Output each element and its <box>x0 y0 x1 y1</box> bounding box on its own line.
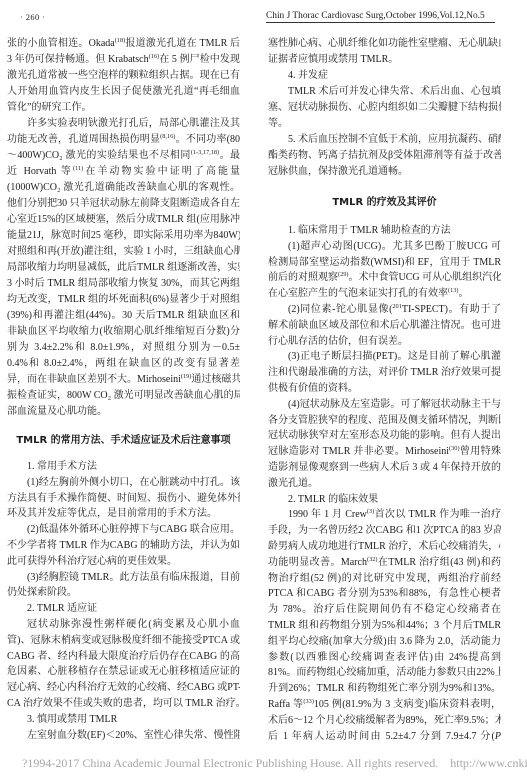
subheading: 1. 临床常用于 TMLR 辅助检查的方法 <box>268 223 501 239</box>
text-line: 供极有价值的资料。 <box>268 381 501 397</box>
text-line: PTCA 和CABG 者分别为53%和88%，有急性心梗者 <box>268 586 501 602</box>
text-line: 激光孔道常被一些空泡样的颗粒组织占据。现在已有 <box>7 68 240 84</box>
text-line: 非缺血区平均收缩力(收缩期心肌纤维缩短百分数)分 <box>7 324 240 340</box>
text-segment: ～400W)CO₂ 激光的实验结果也不尽相同 <box>7 150 191 161</box>
text-line: 部血流量及心肌功能。 <box>7 404 240 420</box>
text-segment: 在 5 例尸检中发现 <box>159 54 240 65</box>
text-line: ～400W)CO₂ 激光的实验结果也不尽相同(1-3,17,18)。最 <box>7 148 240 164</box>
text-line: CABG 者、经内科最大限度治疗后仍存在CABG 的高 <box>7 649 240 665</box>
text-segment: 首次以 TMLR 作为唯一治疗 <box>374 509 501 520</box>
paragraph-start-line: (4)冠状动脉及左室造影。可了解冠状动脉主干与 <box>268 397 501 413</box>
text-line: 升到26%；TMLR 和药物组死亡率分别为9%和13%。 <box>268 681 501 697</box>
text-line: 方法具有手术操作简便、时间短、损伤小、避免体外循 <box>7 491 240 507</box>
left-column-body: 张的小血管相连。Okada(18)报道激光孔道在 TMLR 后 3 年仍可保持畅… <box>7 36 240 420</box>
text-segment: 近 Horvath 等 <box>7 166 73 177</box>
isotope-superscript: 201 <box>392 303 401 310</box>
text-line: 造影剂显像观察到一些病人术后 3 或 4 年保持开放的 <box>268 460 501 476</box>
text-line: 龄男病人成功地进行TMLR 治疗，术后心绞痛消失，心 <box>268 539 501 555</box>
text-line: 振检查证实，800W CO₂ 激光可明显改善缺血心肌的局 <box>7 388 240 404</box>
text-line: 近 Horvath 等(11)在羊动物实验中证明了高能量 <box>7 164 240 180</box>
text-segment: 。不同功率(80 <box>175 134 240 145</box>
text-line: 仍处探索阶段。 <box>7 585 240 601</box>
text-segment: 在羊动物实验中证明了高能量 <box>83 166 240 177</box>
text-line: 3 年仍可保持畅通。但 Krabatsch(16)在 5 例尸检中发现 <box>7 52 240 68</box>
text-segment: (2)同位素-铊心肌显像( <box>288 304 392 315</box>
paragraph-start-line: TMLR 术后可并发心律失常、术后出血、心包填 <box>268 84 501 100</box>
paragraph-start-line: (3)正电子断层扫描(PET)。这是目前了解心肌灌 <box>268 349 501 365</box>
section-heading-methods: TMLR 的常用方法、手术适应证及术后注意事项 <box>7 433 240 449</box>
subheading: 4. 并发症 <box>268 68 501 84</box>
text-segment: 曾用特殊 <box>460 446 501 457</box>
text-line: 3 小时后 TMLR 组局部收缩力恢复 30%，而其它两组 <box>7 276 240 292</box>
text-line: 解术前缺血区域及部位和术后心肌灌注情况。也可进 <box>268 318 501 334</box>
text-line: 物治疗组(52 例)的对比研究中发现，两组治疗前经 <box>268 571 501 587</box>
paragraph-start-line: 冠状动脉弥漫性粥样硬化(病变累及心肌小血 <box>7 617 240 633</box>
text-line: 在心室腔产生的气泡来证实打孔的有效率(13)。 <box>268 286 501 302</box>
text-line: 冠状动脉狭窄对左室形态及功能的影响。但有人提出 <box>268 428 501 444</box>
text-segment: 105 例(81.9%为 3 支病变)临床资料表明， <box>314 699 501 710</box>
text-line: 环及其并发症等优点，是目前常用的手术方法。 <box>7 506 240 522</box>
text-line: TMLR 组和药物组分别为5%和44%；3 个月后TMLR <box>268 618 501 634</box>
text-line: 异，而在非缺血区差别不大。Mirhoseini(19)通过核磁共 <box>7 372 240 388</box>
citation-superscript: (8,16) <box>160 133 175 140</box>
subheading: 3. 慎用或禁用 TMLR <box>7 712 240 728</box>
citation-superscript: (11) <box>73 165 83 172</box>
subheading: 2. TMLR 的临床效果 <box>268 492 501 508</box>
text-segment: 。最 <box>219 150 240 161</box>
citation-superscript: (16) <box>149 53 160 60</box>
text-segment: 张的小血管相连。Okada <box>7 38 115 49</box>
citation-superscript: (32) <box>367 556 378 563</box>
text-segment: TI-SPECT)。有助于了 <box>402 304 501 315</box>
text-line: Raffa 等(33)105 例(81.9%为 3 支病变)临床资料表明， <box>268 697 501 713</box>
citation-superscript: (13) <box>448 287 459 294</box>
text-line: 局部收缩力均明显减低，此后TMLR 组逐渐改善，实验 <box>7 260 240 276</box>
paragraph-start-line: (1)超声心动图(UCG)。尤其多巴酚丁胺UCG 可 <box>268 239 501 255</box>
text-line: 激光孔道。 <box>268 476 501 492</box>
left-column-body-methods: 1. 常用手术方法 (1)经左胸前外侧小切口，在心脏跳动中打孔。该 方法具有手术… <box>7 459 240 743</box>
cnki-url[interactable]: http://www.cnki. <box>450 756 527 770</box>
citation-superscript: (18) <box>115 37 126 44</box>
text-line: 此可获得外科治疗冠心病的更佳效果。 <box>7 554 240 570</box>
text-line: 等。 <box>268 116 501 132</box>
paragraph-start-line: 1990 年 1 月 Crew(3)首次以 TMLR 作为唯一治疗 <box>268 507 501 523</box>
text-line: 为 78%。治疗后住院期间仍有不稳定心绞痛者在 <box>268 602 501 618</box>
text-line: 注和代谢最准确的方法，对评价 TMLR 治疗效果可提 <box>268 365 501 381</box>
text-segment: 功能明显改善。March <box>268 557 367 568</box>
text-line: 检测局部室壁运动指数(WMSI)和 EF，宜用于 TMLR <box>268 255 501 271</box>
text-segment: 前后的对照观察 <box>268 272 338 283</box>
right-column-body: 塞性肺心病、心肌纤维化如功能性室壁瘤、无心肌缺血 证据者应慎用或禁用 TMLR。… <box>268 36 501 180</box>
paper-page: · 260 · Chin J Thorac Cardiovasc Surg,Oc… <box>0 0 527 783</box>
italic-p-symbol: P <box>495 731 501 742</box>
text-segment: 冠脉造影对 TMLR 并非必要。Mirhoseini <box>268 446 449 457</box>
right-column-body-efficacy: 1. 临床常用于 TMLR 辅助检查的方法 (1)超声心动图(UCG)。尤其多巴… <box>268 223 501 744</box>
text-segment: 3 年仍可保持畅通。但 Krabatsch <box>7 54 149 65</box>
text-line: 后 1 年病人运动时间由 5.2±4.7 分到 7.9±4.7 分(P <box>268 729 501 745</box>
paragraph-start-line: 5. 术后血压控制不宜低于术前，应用抗凝药、硝酸 <box>268 132 501 148</box>
text-line: 危因素、心脏移植存在禁忌证或无心脏移植适应证的 <box>7 664 240 680</box>
text-line: 塞性肺心病、心肌纤维化如功能性室壁瘤、无心肌缺血 <box>268 36 501 52</box>
text-segment: 在心室腔产生的气泡来证实打孔的有效率 <box>268 288 448 299</box>
text-line: 组平均心绞痛(加拿大分级)由 3.6 降为 2.0，活动能力 <box>268 634 501 650</box>
text-line: (1000W)CO₂ 激光孔道确能改善缺血心肌的客观性。 <box>7 180 240 196</box>
journal-citation-header: Chin J Thorac Cardiovasc Surg,October 19… <box>266 10 495 23</box>
subheading: 1. 常用手术方法 <box>7 459 240 475</box>
citation-superscript: (29) <box>338 271 349 278</box>
text-line: 他们分别把30 只羊冠状动脉左前降支阻断造成各自左 <box>7 196 240 212</box>
text-line: 人开始用血管内皮生长因子促使激光孔道“再毛细血 <box>7 84 240 100</box>
text-line: 能量21J，脉宽时间25 毫秒，即实际采用功率为840W)、 <box>7 228 240 244</box>
text-segment: 通过核磁共 <box>191 374 240 385</box>
text-line: 管)、冠脉末梢病变或冠脉极度纤细不能接受PTCA 或 <box>7 633 240 649</box>
text-line: 冠脉造影对 TMLR 并非必要。Mirhoseini(30)曾用特殊 <box>268 444 501 460</box>
text-line: 酯类药物、钙离子拮抗剂及β受体阻滞剂等有益于改善 <box>268 148 501 164</box>
text-line: 张的小血管相连。Okada(18)报道激光孔道在 TMLR 后 <box>7 36 240 52</box>
page-number: · 260 · <box>20 11 45 23</box>
paragraph-start-line: 许多实验表明钬激光打孔后，局部心肌灌注及其 <box>7 116 240 132</box>
text-line: 手段，为一名曾历经2 次CABG 和1 次PTCA 的83 岁高 <box>268 523 501 539</box>
text-segment: 异，而在非缺血区差别不大。Mirhoseini <box>7 374 181 385</box>
paragraph-start-line: 左室射血分数(EF)＜20%、室性心律失常、慢性阻 <box>7 728 240 744</box>
text-line: 功能明显改善。March(32)在TMLR 治疗组(43 例)和药 <box>268 555 501 571</box>
citation-superscript: (30) <box>449 445 460 452</box>
text-segment: 后 1 年病人运动时间由 5.2±4.7 分到 7.9±4.7 分( <box>268 731 495 742</box>
paragraph-start-line: (2)低温体外循环心脏停搏下与CABG 联合应用。 <box>7 522 240 538</box>
text-line: 参数(以西雅图心绞痛调查表评估)由 24%提高到 <box>268 650 501 666</box>
copyright-text: ?1994-2017 China Academic Journal Electr… <box>22 756 438 770</box>
text-line: 81%。而药物组心绞痛加重，活动能力参数只由22%上 <box>268 665 501 681</box>
text-line: 冠心病、经心内科治疗无效的心绞痛、经CABG 或PT- <box>7 680 240 696</box>
paragraph-start-line: (2)同位素-铊心肌显像(201TI-SPECT)。有助于了 <box>268 302 501 318</box>
text-line: 术后6～12 个月心绞痛缓解者为89%，死亡率9.5%；术 <box>268 713 501 729</box>
text-line: 别为 3.4±2.2%和 8.0±1.9%，对照组分别为－0.5± <box>7 340 240 356</box>
citation-superscript: (33) <box>303 698 314 705</box>
citation-superscript: (1-3,17,18) <box>191 149 219 156</box>
text-line: 证据者应慎用或禁用 TMLR。 <box>268 52 501 68</box>
text-line: (39%)和再灌注组(44%)。30 天后TMLR 组缺血区和 <box>7 308 240 324</box>
text-line: 对照组和再(开放)灌注组，实验 1 小时，三组缺血心肌 <box>7 244 240 260</box>
subheading: 2. TMLR 适应证 <box>7 601 240 617</box>
text-line: 塞、冠状动脉损伤、心腔内组织如二尖瓣腱下结构损伤 <box>268 100 501 116</box>
text-segment: 报道激光孔道在 TMLR 后 <box>125 38 240 49</box>
text-line: 管化”的研究工作。 <box>7 100 240 116</box>
text-line: 心室近15%的区域梗塞，然后分成TMLR 组(应用脉冲 <box>7 212 240 228</box>
citation-superscript: (19) <box>181 373 192 380</box>
text-segment: 。 <box>459 288 469 299</box>
copyright-footer: ?1994-2017 China Academic Journal Electr… <box>22 756 527 770</box>
text-segment: 功能无改善，孔道周围热损伤明显 <box>7 134 160 145</box>
text-line: 0.4%和 8.0±2.4%，两组在缺血区的改变有显著差 <box>7 356 240 372</box>
text-line: 不少学者将 TMLR 作为CABG 的辅助方法，并认为如 <box>7 538 240 554</box>
text-line: 行心肌存活的估价，但有误差。 <box>268 334 501 350</box>
text-line: 功能无改善，孔道周围热损伤明显(8,16)。不同功率(80 <box>7 132 240 148</box>
section-heading-efficacy: TMLR 的疗效及其评价 <box>268 195 501 211</box>
text-line: 各分支管腔狭窄的程度、范围及侧支循环情况，判断因 <box>268 413 501 429</box>
text-segment: Raffa 等 <box>268 699 303 710</box>
text-segment: 。术中食管UCG 可从心肌组织汽化 <box>349 272 502 283</box>
paragraph-start-line: (3)经胸腔镜 TMLR。此方法虽有临床报道，目前 <box>7 570 240 586</box>
text-line: 前后的对照观察(29)。术中食管UCG 可从心肌组织汽化 <box>268 270 501 286</box>
text-segment: 1990 年 1 月 Crew <box>288 509 367 520</box>
text-segment: 在TMLR 治疗组(43 例)和药 <box>377 557 501 568</box>
text-line: 均无改变，TMLR 组的坏死面积(6%)显著少于对照组 <box>7 292 240 308</box>
text-line: CA 治疗效果不佳或失败的患者，均可以 TMLR 治疗。 <box>7 696 240 712</box>
text-line: 冠脉供血，保持激光孔道通畅。 <box>268 164 501 180</box>
paragraph-start-line: (1)经左胸前外侧小切口，在心脏跳动中打孔。该 <box>7 475 240 491</box>
